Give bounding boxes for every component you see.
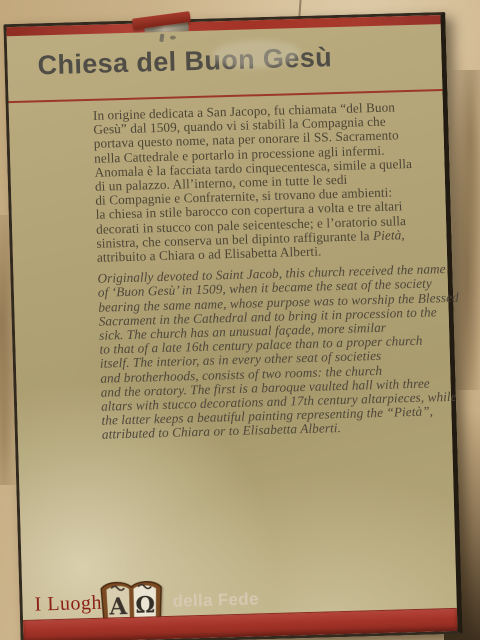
wall-photo-scene: Chiesa del Buon Gesù In origine dedicata… (0, 0, 480, 640)
top-red-stripe (6, 15, 440, 36)
dirt-speck (170, 35, 176, 39)
svg-text:Ω: Ω (135, 592, 155, 619)
brand-text-right: della Fede (172, 589, 259, 611)
english-translation: Originally devoted to Saint Jacob, this … (97, 262, 448, 442)
italian-description: In origine dedicata a San Jacopo, fu chi… (93, 99, 443, 265)
church-sign-plaque: Chiesa del Buon Gesù In origine dedicata… (3, 12, 462, 640)
wall-crack (298, 0, 301, 16)
wall-stain-right (450, 70, 480, 390)
brand-text-left: I Luoghi (34, 592, 108, 617)
screw-mark (159, 34, 164, 42)
text-column: In origine dedicata a San Jacopo, fu chi… (93, 99, 448, 442)
